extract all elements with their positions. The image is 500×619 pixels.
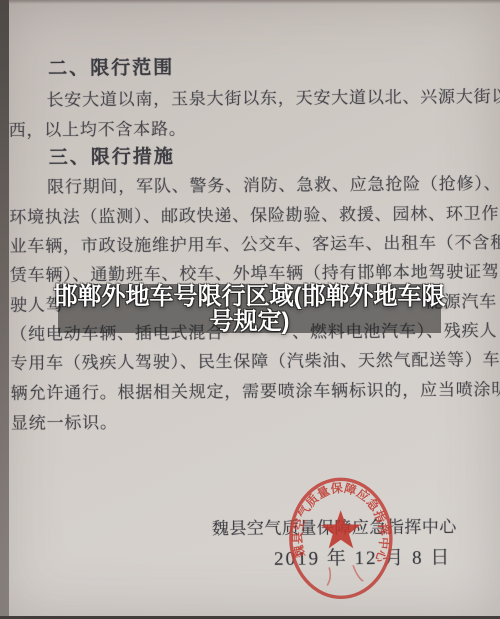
paragraph-line: 赁车辆）、通勤班车、校车、外埠车辆（持有邯郸本地驾驶证驾 xyxy=(10,257,500,286)
paragraph-line: 限行期间，军队、警务、消防、急救、应急抢险（抢修）、 xyxy=(47,169,500,198)
paragraph-line: 显统一标识。 xyxy=(11,408,118,434)
seal-star-icon xyxy=(321,510,361,548)
official-seal: 魏县空气质量保障应急指挥中心 xyxy=(286,475,395,602)
paragraph-line: 环境执法（监测）、邮政快递、保险勘验、救援、园林、环卫作 xyxy=(9,199,499,228)
overlay-banner: 邯郸外地车号限行区域(邯郸外地车限 号规定) xyxy=(58,284,441,333)
photo-edge-top xyxy=(0,0,500,4)
banner-title-line2: 号规定) xyxy=(210,309,290,334)
paragraph-line: 业车辆，市政设施维护用车、公交车、客运车、出租车（不含租 xyxy=(9,228,500,257)
document-photo: 二、限行范围 长安大道以南，玉泉大街以东，天安大道以北、兴源大街以 西，以上均不… xyxy=(0,0,500,619)
section-2-heading: 二、限行范围 xyxy=(48,53,174,81)
photo-edge-left xyxy=(0,0,9,619)
section-3-heading: 三、限行措施 xyxy=(49,142,175,170)
paragraph-line: 西，以上均不含本路。 xyxy=(9,114,187,140)
seal-inner-mark xyxy=(327,565,363,585)
paragraph-line: 辆允许通行。根据相关规定，需要喷涂车辆标识的，应当喷涂明 xyxy=(11,375,500,404)
paragraph-line: 长安大道以南，玉泉大街以东，天安大道以北、兴源大街以 xyxy=(46,82,500,111)
paragraph-line: 专用车（残疾人驾驶）、民生保障（汽柴油、天然气配送等）车 xyxy=(10,345,500,374)
banner-title-line1: 邯郸外地车号限行区域(邯郸外地车限 xyxy=(54,284,446,309)
